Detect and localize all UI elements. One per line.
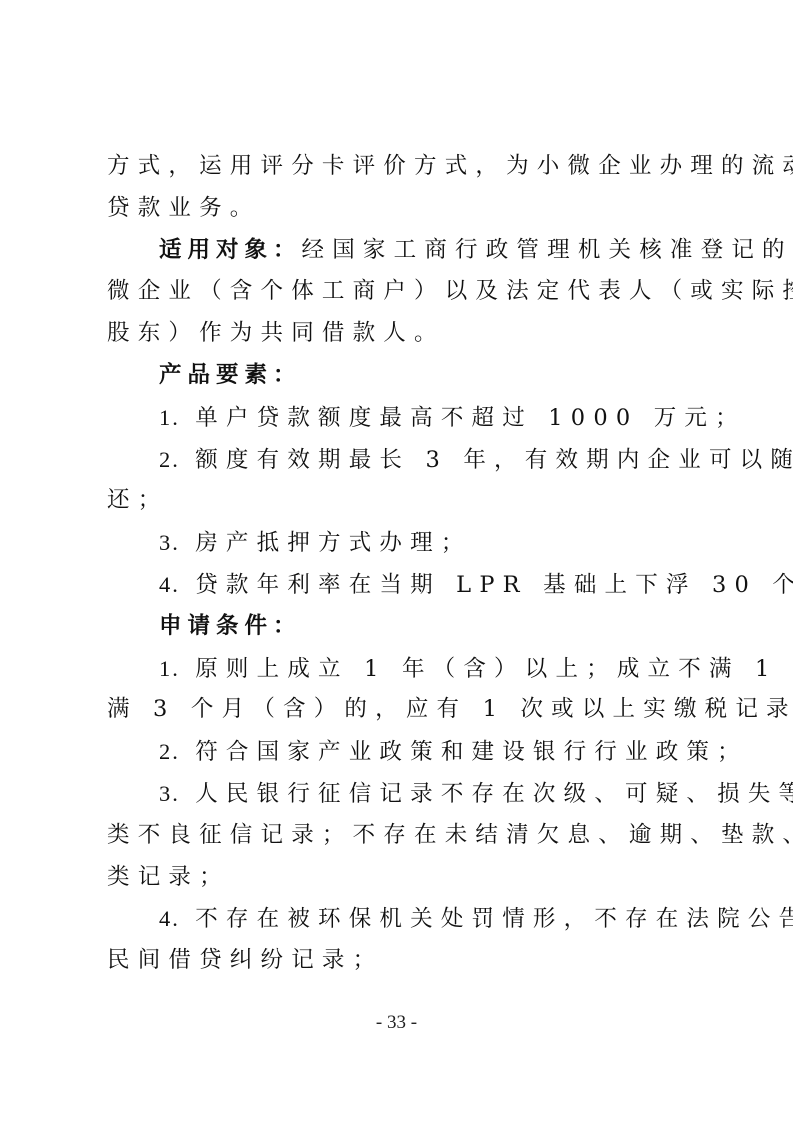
item-text: 符合国家产业政策和建设银行行业政策； [195,739,748,765]
section-heading-applicable-objects: 适用对象： [159,237,302,263]
item-text: 原则上成立 1 年（含）以上；成立不满 1 年的但 [195,656,793,682]
list-item-continuation: 还； [107,480,695,522]
list-item-continuation: 类不良征信记录；不存在未结清欠息、逾期、垫款、关注 [107,815,695,857]
list-item: 3. 房产抵押方式办理； [107,522,695,564]
heading-text: 申请条件： [159,613,302,639]
item-text: 贷款年利率在当期 LPR 基础上下浮 30 个基点。 [195,572,793,598]
item-number: 3. [159,530,180,555]
list-item-continuation: 满 3 个月（含）的，应有 1 次或以上实缴税记录； [107,689,695,731]
item-text: 房产抵押方式办理； [195,530,471,556]
body-text: 经国家工商行政管理机关核准登记的小 [302,237,793,263]
applicable-objects-paragraph: 适用对象：经国家工商行政管理机关核准登记的小 [107,230,695,272]
body-line: 方式，运用评分卡评价方式，为小微企业办理的流动资金 [107,146,695,188]
list-item: 2. 额度有效期最长 3 年，有效期内企业可以随借随 [107,439,695,481]
section-heading-product-elements: 产品要素： [107,355,695,397]
item-text: 额度有效期最长 3 年，有效期内企业可以随借随 [195,447,793,473]
list-item: 3. 人民银行征信记录不存在次级、可疑、损失等三 [107,773,695,815]
body-line: 贷款业务。 [107,188,695,230]
item-number: 1. [159,656,180,681]
item-number: 2. [159,739,180,764]
list-item-continuation: 类记录； [107,857,695,899]
item-number: 3. [159,781,180,806]
page-number: - 33 - [0,1012,793,1034]
section-heading-application-conditions: 申请条件： [107,606,695,648]
item-text: 单户贷款额度最高不超过 1000 万元； [195,405,746,431]
body-line: 微企业（含个体工商户）以及法定代表人（或实际控制人、 [107,271,695,313]
item-text: 人民银行征信记录不存在次级、可疑、损失等三 [195,781,793,807]
item-number: 4. [159,572,180,597]
heading-text: 产品要素： [159,362,302,388]
list-item: 4. 贷款年利率在当期 LPR 基础上下浮 30 个基点。 [107,564,695,606]
item-number: 4. [159,906,180,931]
list-item: 1. 原则上成立 1 年（含）以上；成立不满 1 年的但 [107,648,695,690]
document-page: 方式，运用评分卡评价方式，为小微企业办理的流动资金 贷款业务。 适用对象：经国家… [107,146,695,982]
list-item: 4. 不存在被环保机关处罚情形，不存在法院公告的 [107,898,695,940]
list-item: 1. 单户贷款额度最高不超过 1000 万元； [107,397,695,439]
item-number: 1. [159,405,180,430]
item-number: 2. [159,447,180,472]
list-item-continuation: 民间借贷纠纷记录； [107,940,695,982]
item-text: 不存在被环保机关处罚情形，不存在法院公告的 [195,906,793,932]
body-line: 股东）作为共同借款人。 [107,313,695,355]
list-item: 2. 符合国家产业政策和建设银行行业政策； [107,731,695,773]
